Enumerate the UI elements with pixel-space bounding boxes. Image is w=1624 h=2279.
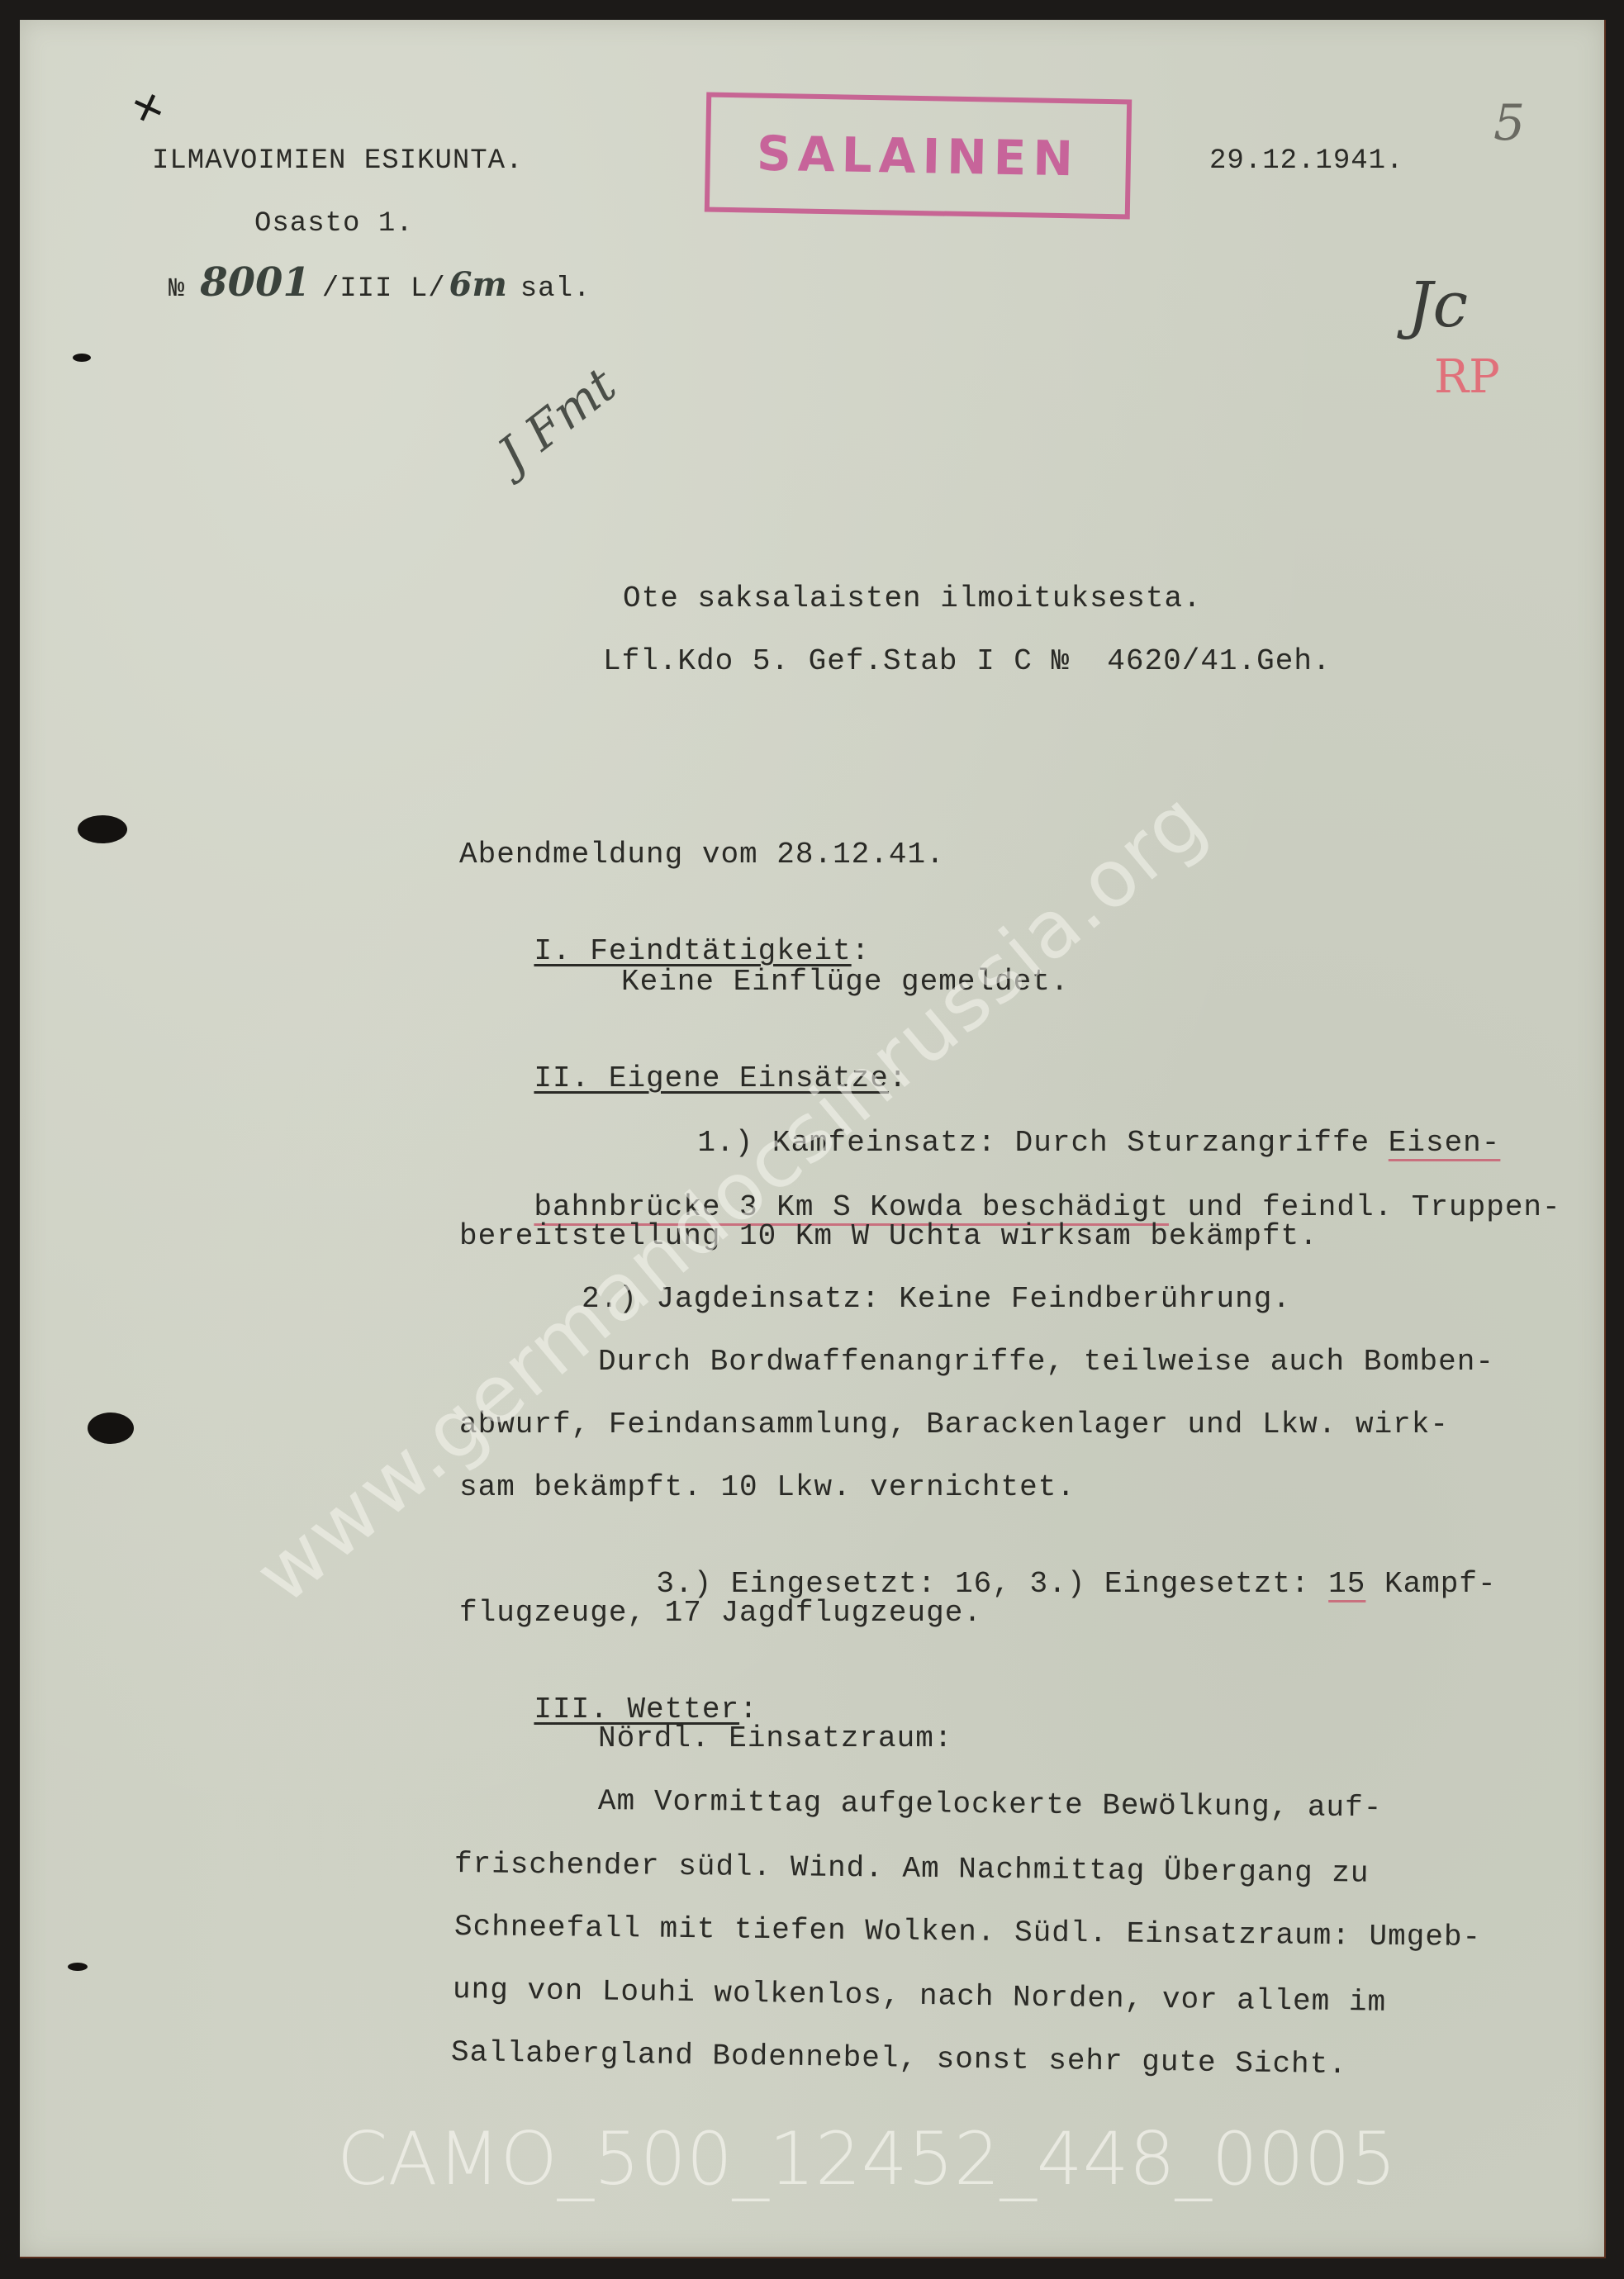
section-3-subheading: Nördl. Einsatzraum: [598,1721,952,1755]
item-2-line-b: abwurf, Feindansammlung, Barackenlager u… [459,1408,1449,1441]
stamp-text: SALAINEN [757,125,1080,187]
report-title: Abendmeldung vom 28.12.41. [459,838,945,871]
punch-hole-1 [78,815,127,843]
ref-prefix: № [169,273,185,304]
weather-line-2: frischender südl. Wind. Am Nachmittag Üb… [454,1847,1370,1891]
item-3-red-underlined: 15 [1328,1567,1365,1601]
handwritten-signature: J Fmt [487,357,626,482]
item-1-red-underlined: Eisen- [1389,1126,1501,1160]
ref-number-handwritten: 8001 [200,259,311,306]
ref-mid: /III L/ [322,273,446,305]
page-number-mark: 5 [1493,94,1525,152]
reference-number: № 8001 /III L/ 6m sal. [169,259,591,306]
section-1-heading-text: I. Feindtätigkeit [534,934,851,968]
subject-line-2: Lfl.Kdo 5. Gef.Stab I C № 4620/41.Geh. [603,644,1332,678]
item-2-line-c: sam bekämpft. 10 Lkw. vernichtet. [459,1470,1076,1504]
punch-hole-4 [73,354,91,362]
item-3-text-end: Kampf- [1365,1567,1496,1601]
punch-hole-3 [68,1963,88,1971]
item-3-line-b: flugzeuge, 17 Jagdflugzeuge. [459,1596,982,1630]
watermark-archive-id: CAMO_500_12452_448_0005 [337,2116,1397,2201]
document-page: ✕ ILMAVOIMIEN ESIKUNTA. Osasto 1. № 8001… [20,20,1606,2258]
weather-line-5: Sallabergland Bodennebel, sonst sehr gut… [451,2035,1347,2082]
ref-handwritten-suffix: 6m [449,265,507,304]
section-1-colon: : [852,934,871,968]
punch-hole-2 [88,1413,134,1444]
item-2-line-a: Durch Bordwaffenangriffe, teilweise auch… [598,1345,1494,1379]
weather-line-4: ung von Louhi wolkenlos, nach Norden, vo… [453,1973,1387,2020]
binding-mark-top: ✕ [126,82,171,135]
secret-stamp: SALAINEN [705,93,1132,220]
organization-name: ILMAVOIMIEN ESIKUNTA. [152,145,523,177]
document-date: 29.12.1941. [1209,145,1403,177]
weather-line-1: Am Vormittag aufgelockerte Bewölkung, au… [598,1784,1383,1825]
item-1-line-c: bereitstellung 10 Km W Uchta wirksam bek… [459,1219,1318,1253]
subject-line-1: Ote saksalaisten ilmoituksesta. [623,582,1202,615]
ref-suffix: sal. [520,273,591,305]
weather-line-3: Schneefall mit tiefen Wolken. Südl. Eins… [454,1910,1482,1954]
initials-red: RP [1434,350,1500,404]
initials-signature: Jc [1408,268,1468,341]
department-name: Osasto 1. [254,208,414,240]
